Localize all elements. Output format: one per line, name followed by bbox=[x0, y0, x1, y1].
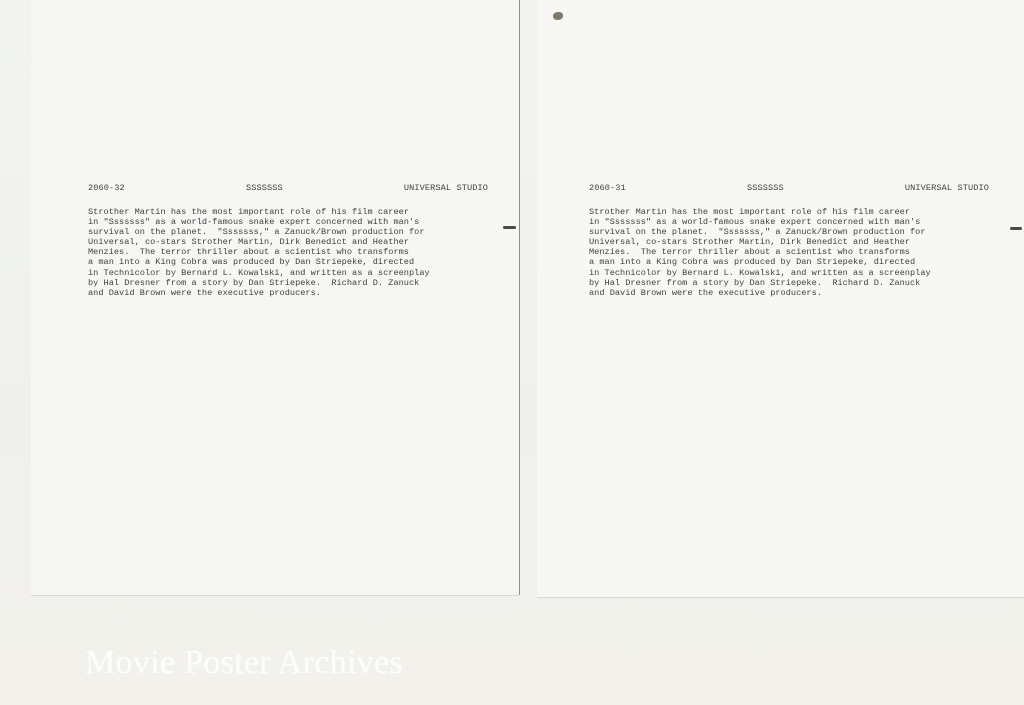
caption-line: in Technicolor by Bernard L. Kowalski, a… bbox=[88, 268, 488, 278]
registration-mark bbox=[503, 226, 516, 229]
still-code: 2060-31 bbox=[589, 183, 626, 193]
caption-line: in Technicolor by Bernard L. Kowalski, a… bbox=[589, 268, 989, 278]
watermark: Movie Poster Archives bbox=[85, 644, 403, 682]
caption-line: a man into a King Cobra was produced by … bbox=[88, 257, 488, 267]
still-code: 2060-32 bbox=[88, 183, 125, 193]
caption-block: 2060-32 SSSSSSS UNIVERSAL STUDIO Strothe… bbox=[88, 183, 488, 298]
film-title: SSSSSSS bbox=[747, 183, 784, 193]
caption-line: Menzies. The terror thriller about a sci… bbox=[589, 247, 989, 257]
caption-text: Strother Martin has the most important r… bbox=[589, 207, 989, 298]
caption-line: a man into a King Cobra was produced by … bbox=[589, 257, 989, 267]
caption-line: Strother Martin has the most important r… bbox=[589, 207, 989, 217]
caption-line: survival on the planet. "Sssssss," a Zan… bbox=[589, 227, 989, 237]
caption-line: and David Brown were the executive produ… bbox=[88, 288, 488, 298]
photo-back-left: 2060-32 SSSSSSS UNIVERSAL STUDIO Strothe… bbox=[31, 0, 519, 595]
caption-text: Strother Martin has the most important r… bbox=[88, 207, 488, 298]
caption-line: in "Sssssss" as a world-famous snake exp… bbox=[88, 217, 488, 227]
page-edge-shadow bbox=[519, 0, 520, 595]
caption-line: by Hal Dresner from a story by Dan Strie… bbox=[88, 278, 488, 288]
studio-name: UNIVERSAL STUDIO bbox=[404, 183, 488, 193]
caption-line: in "Sssssss" as a world-famous snake exp… bbox=[589, 217, 989, 227]
caption-header: 2060-32 SSSSSSS UNIVERSAL STUDIO bbox=[88, 183, 488, 197]
film-title: SSSSSSS bbox=[246, 183, 283, 193]
photo-back-right: 2060-31 SSSSSSS UNIVERSAL STUDIO Strothe… bbox=[537, 0, 1024, 597]
caption-block: 2060-31 SSSSSSS UNIVERSAL STUDIO Strothe… bbox=[589, 183, 989, 298]
caption-line: Menzies. The terror thriller about a sci… bbox=[88, 247, 488, 257]
caption-header: 2060-31 SSSSSSS UNIVERSAL STUDIO bbox=[589, 183, 989, 197]
caption-line: Universal, co-stars Strother Martin, Dir… bbox=[88, 237, 488, 247]
caption-line: and David Brown were the executive produ… bbox=[589, 288, 989, 298]
caption-line: Universal, co-stars Strother Martin, Dir… bbox=[589, 237, 989, 247]
registration-mark bbox=[1010, 227, 1022, 230]
caption-line: survival on the planet. "Sssssss," a Zan… bbox=[88, 227, 488, 237]
stain-mark bbox=[553, 12, 563, 20]
caption-line: Strother Martin has the most important r… bbox=[88, 207, 488, 217]
caption-line: by Hal Dresner from a story by Dan Strie… bbox=[589, 278, 989, 288]
studio-name: UNIVERSAL STUDIO bbox=[905, 183, 989, 193]
